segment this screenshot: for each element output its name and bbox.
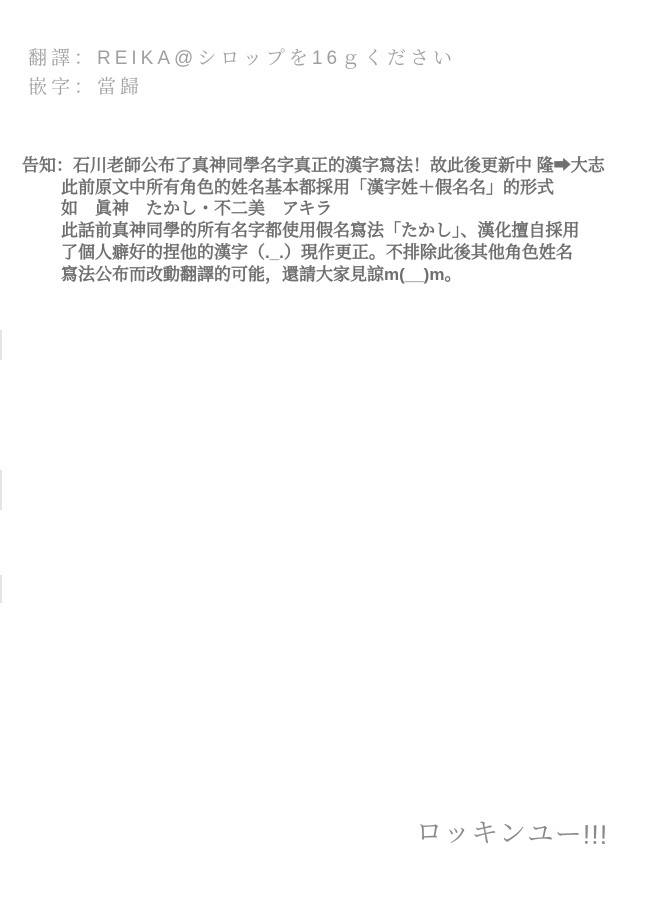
- notice-line-1: 告知：石川老師公布了真神同學名字真正的漢字寫法！故此後更新中 隆➡大志: [22, 155, 605, 177]
- scan-edge-artifact: [0, 575, 2, 603]
- scan-edge-artifact: [0, 470, 2, 510]
- rockin-you-text: ロッキンユー!!!: [415, 810, 608, 852]
- scan-edge-artifact: [0, 330, 2, 360]
- translator-credit: 翻譯：REIKA@シロップを16ｇください: [28, 44, 456, 73]
- notice-line-6: 寫法公布而改動翻譯的可能，還請大家見諒m(__)m。: [61, 264, 605, 286]
- scan-page-body: { "credits": { "translation": "翻譯：REIKA@…: [0, 0, 648, 898]
- notice-line-5: 了個人癖好的捏他的漢字（._.）現作更正。不排除此後其他角色姓名: [61, 242, 605, 264]
- typesetter-credit: 嵌字：當歸: [28, 73, 456, 102]
- notice-line-3: 如 眞神 たかし・不二美 アキラ: [61, 198, 605, 220]
- credits-block: 翻譯：REIKA@シロップを16ｇください 嵌字：當歸: [28, 44, 456, 102]
- notice-block: 告知：石川老師公布了真神同學名字真正的漢字寫法！故此後更新中 隆➡大志 此前原文…: [22, 155, 605, 285]
- scanlation-credits-page: 翻譯：REIKA@シロップを16ｇください 嵌字：當歸 告知：石川老師公布了真神…: [0, 0, 648, 898]
- notice-line-2: 此前原文中所有角色的姓名基本都採用「漢字姓＋假名名」的形式: [61, 177, 605, 199]
- notice-line-4: 此話前真神同學的所有名字都使用假名寫法「たかし」、漢化擅自採用: [61, 220, 605, 242]
